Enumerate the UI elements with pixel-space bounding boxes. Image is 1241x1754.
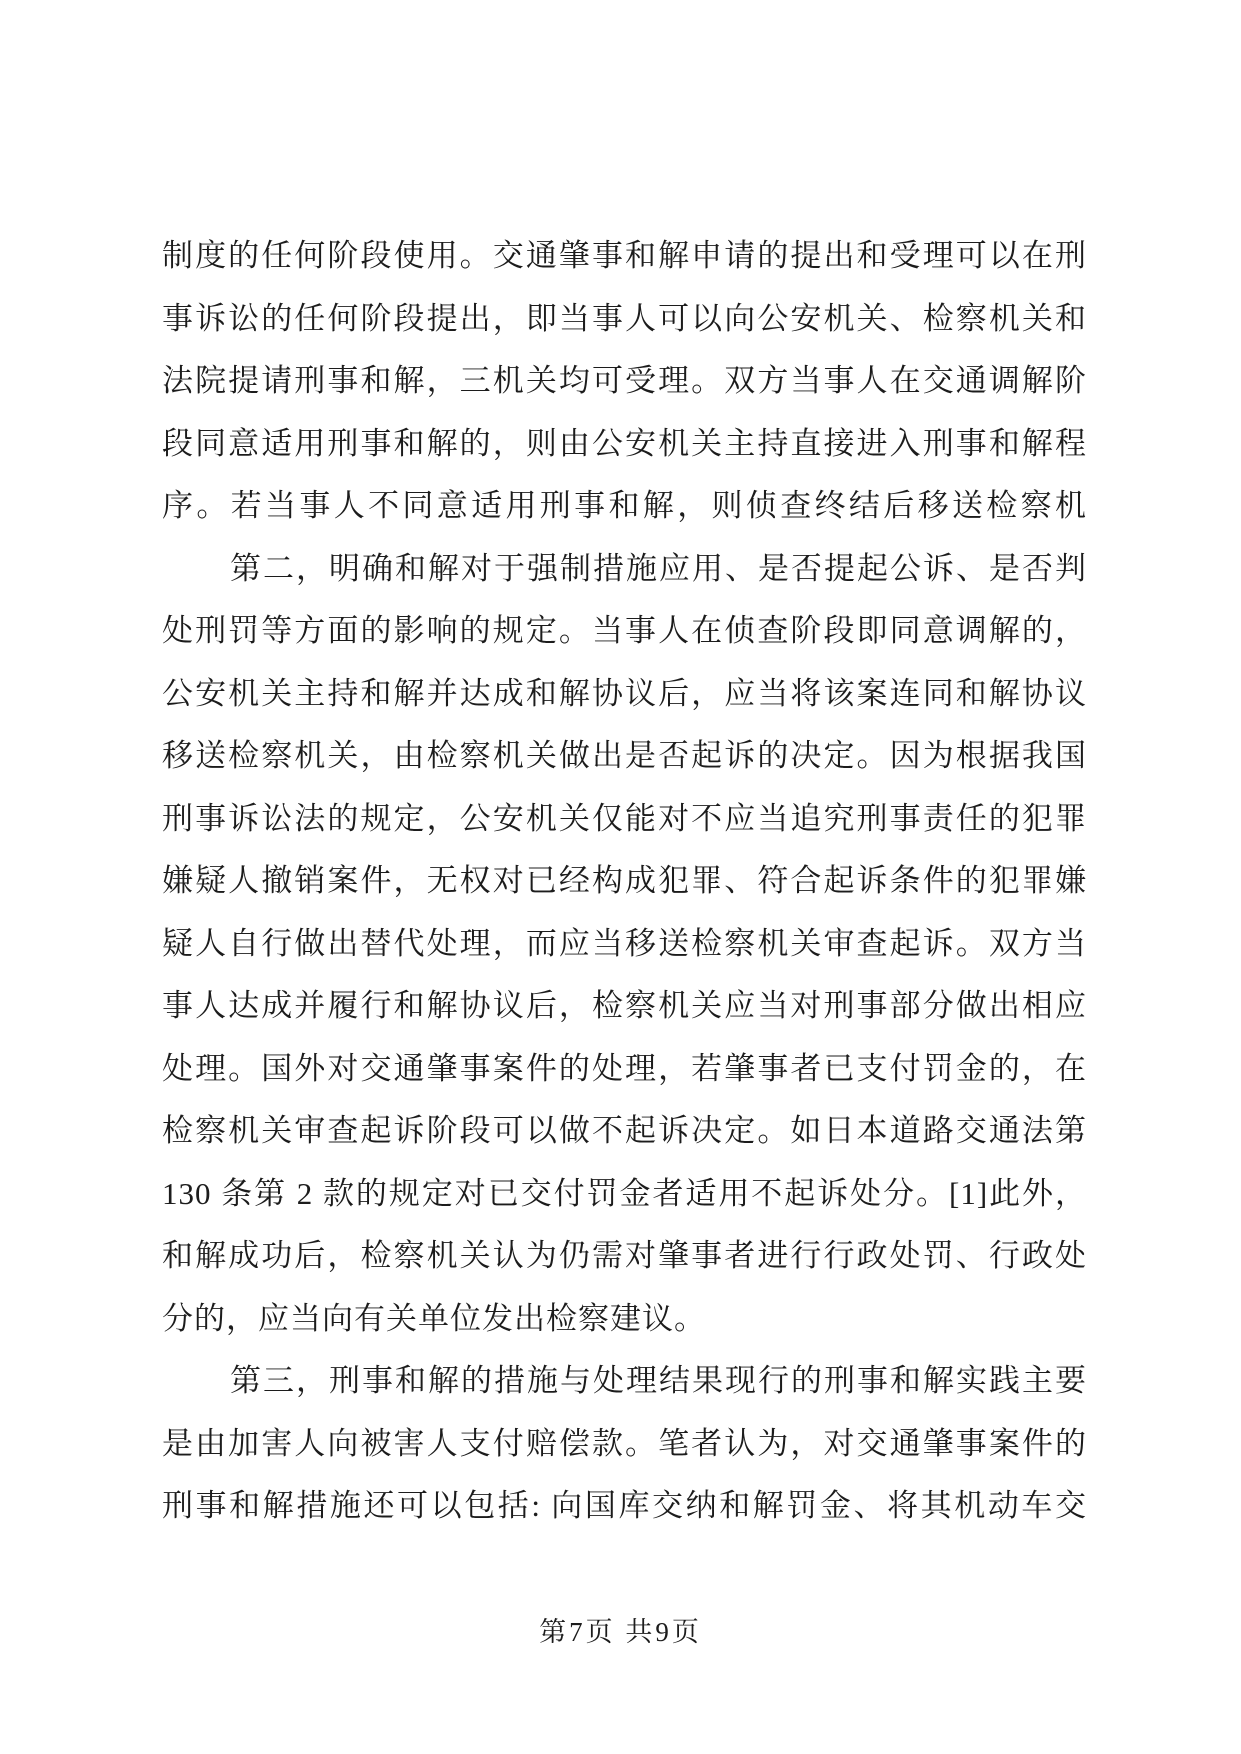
text-line: 公安机关主持和解并达成和解协议后，应当将该案连同和解协议 (162, 663, 1087, 726)
document-body: 制度的任何阶段使用。交通肇事和解申请的提出和受理可以在刑 事诉讼的任何阶段提出，… (162, 225, 1087, 1538)
text-line: 130 条第 2 款的规定对已交付罚金者适用不起诉处分。[1]此外， (162, 1163, 1087, 1226)
text-line: 序。若当事人不同意适用刑事和解，则侦查终结后移送检察机关。 (162, 475, 1087, 538)
text-line: 移送检察机关，由检察机关做出是否起诉的决定。因为根据我国 (162, 725, 1087, 788)
text-line: 是由加害人向被害人支付赔偿款。笔者认为，对交通肇事案件的 (162, 1413, 1087, 1476)
text-line: 制度的任何阶段使用。交通肇事和解申请的提出和受理可以在刑 (162, 225, 1087, 288)
text-line: 刑事诉讼法的规定，公安机关仅能对不应当追究刑事责任的犯罪 (162, 788, 1087, 851)
document-page: 制度的任何阶段使用。交通肇事和解申请的提出和受理可以在刑 事诉讼的任何阶段提出，… (0, 0, 1241, 1754)
paragraph-2: 第二，明确和解对于强制措施应用、是否提起公诉、是否判 处刑罚等方面的影响的规定。… (162, 538, 1087, 1351)
text-line: 处理。国外对交通肇事案件的处理，若肇事者已支付罚金的，在 (162, 1038, 1087, 1101)
text-line: 第二，明确和解对于强制措施应用、是否提起公诉、是否判 (162, 538, 1087, 601)
text-line: 检察机关审查起诉阶段可以做不起诉决定。如日本道路交通法第 (162, 1100, 1087, 1163)
paragraph-3: 第三，刑事和解的措施与处理结果现行的刑事和解实践主要 是由加害人向被害人支付赔偿… (162, 1350, 1087, 1538)
text-line: 嫌疑人撤销案件，无权对已经构成犯罪、符合起诉条件的犯罪嫌 (162, 850, 1087, 913)
text-line: 和解成功后，检察机关认为仍需对肇事者进行行政处罚、行政处 (162, 1225, 1087, 1288)
text-line: 刑事和解措施还可以包括: 向国库交纳和解罚金、将其机动车交 (162, 1475, 1087, 1538)
page-number: 第7页 共9页 (0, 1612, 1241, 1652)
paragraph-1: 制度的任何阶段使用。交通肇事和解申请的提出和受理可以在刑 事诉讼的任何阶段提出，… (162, 225, 1087, 538)
text-line: 分的，应当向有关单位发出检察建议。 (162, 1288, 1087, 1351)
text-line: 处刑罚等方面的影响的规定。当事人在侦查阶段即同意调解的， (162, 600, 1087, 663)
text-line: 法院提请刑事和解，三机关均可受理。双方当事人在交通调解阶 (162, 350, 1087, 413)
text-line: 疑人自行做出替代处理，而应当移送检察机关审查起诉。双方当 (162, 913, 1087, 976)
text-line: 段同意适用刑事和解的，则由公安机关主持直接进入刑事和解程 (162, 413, 1087, 476)
text-line: 第三，刑事和解的措施与处理结果现行的刑事和解实践主要 (162, 1350, 1087, 1413)
text-line: 事人达成并履行和解协议后，检察机关应当对刑事部分做出相应 (162, 975, 1087, 1038)
text-line: 事诉讼的任何阶段提出，即当事人可以向公安机关、检察机关和 (162, 288, 1087, 351)
